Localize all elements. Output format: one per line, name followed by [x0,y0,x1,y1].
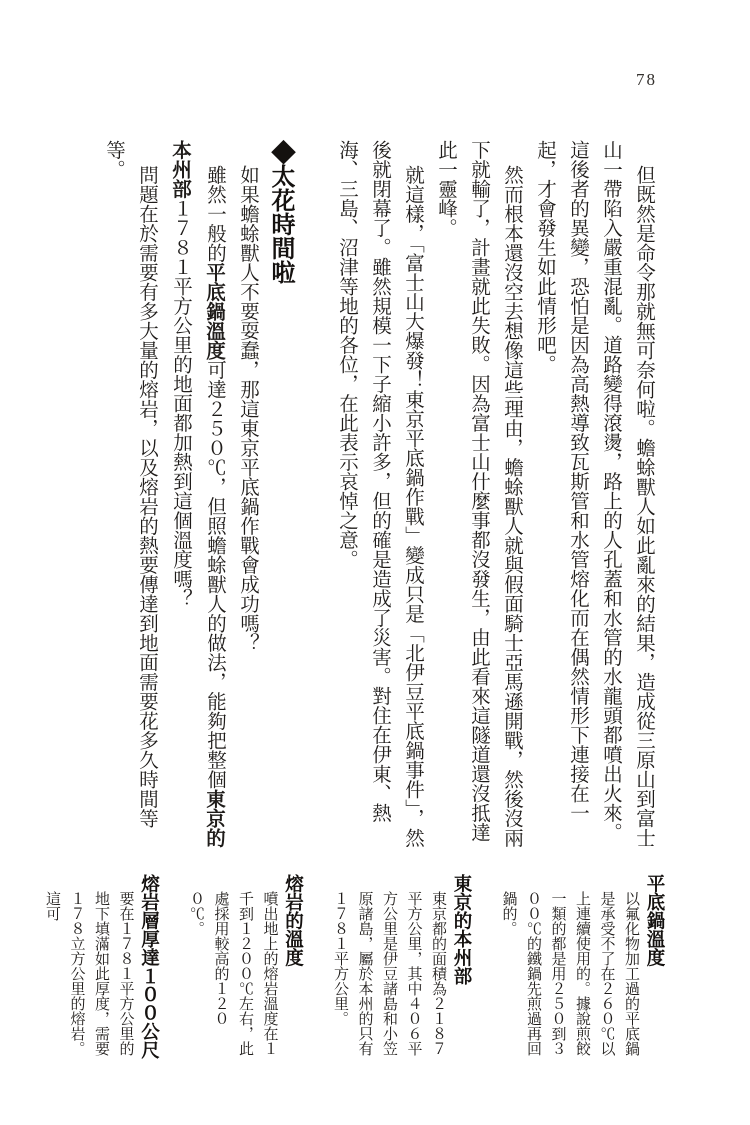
footnote-pan-temperature: 平底鍋溫度 以氟化物加工過的平底鍋是承受不了在２６０℃以上連續使用的。據說煎餃一… [496,874,668,1070]
footnote-heading: 東京的本州部 [450,874,475,1070]
footnote-body: 以氟化物加工過的平底鍋是承受不了在２６０℃以上連續使用的。據說煎餃一類的都是用２… [496,874,643,1070]
footnote-body: 東京都的面積為２１８７平方公里，其中４０６平方公里是伊豆諸島和小笠原諸島，屬於本… [328,874,451,1070]
footnote-heading: 熔岩層厚達１００公尺 [138,874,163,1070]
main-text-block: 但既然是命令那就無可奈何啦。蟾蜍獸人如此亂來的結果，造成從三原山到富士山一帶陷入… [97,140,660,852]
footnote-lava-layer: 熔岩層厚達１００公尺 要在１７８１平方公里的地下填滿如此厚度，需要１７８立方公里… [40,874,163,1070]
paragraph: 然而根本還沒空去想像這些理由，蟾蜍獸人就與假面騎士亞馬遜開戰，然後沒兩下就輸了，… [429,140,528,852]
footnote-body: 噴出地上的熔岩溫度在１千到１２００℃左右，此處採用較高的１２００℃。 [184,874,282,1070]
footnote-strip: 平底鍋溫度 以氟化物加工過的平底鍋是承受不了在２６０℃以上連續使用的。據說煎餃一… [40,874,669,1070]
paragraph: 但既然是命令那就無可奈何啦。蟾蜍獸人如此亂來的結果，造成從三原山到富士山一帶陷入… [528,140,660,852]
section-heading: ◆太花時間啦 [264,140,297,852]
paragraph: 如果蟾蜍獸人不要耍蠢，那這東京平底鍋作戰會成功嗎？ [231,140,264,852]
footnote-heading: 平底鍋溫度 [643,874,668,1070]
paragraph: 就這樣，「富士山大爆發！東京平底鍋作戰」變成只是「北伊豆平底鍋事件」，然後就閉幕… [330,140,429,852]
book-page: 78 但既然是命令那就無可奈何啦。蟾蜍獸人如此亂來的結果，造成從三原山到富士山一… [0,0,750,1125]
footnote-body: 要在１７８１平方公里的地下填滿如此厚度，需要１７８立方公里的熔岩。這可 [40,874,138,1070]
paragraph: 雖然一般的平底鍋溫度可達２５０℃，但照蟾蜍獸人的做法，能夠把整個東京的本州部１７… [163,140,231,852]
footnote-lava-temperature: 熔岩的溫度 噴出地上的熔岩溫度在１千到１２００℃左右，此處採用較高的１２００℃。 [184,874,307,1070]
paragraph: 問題在於需要有多大量的熔岩，以及熔岩的熱要傳達到地面需要花多久時間等等。 [97,140,163,852]
footnote-heading: 熔岩的溫度 [282,874,307,1070]
footnote-tokyo-honshu: 東京的本州部 東京都的面積為２１８７平方公里，其中４０６平方公里是伊豆諸島和小笠… [328,874,476,1070]
page-number: 78 [636,70,657,90]
